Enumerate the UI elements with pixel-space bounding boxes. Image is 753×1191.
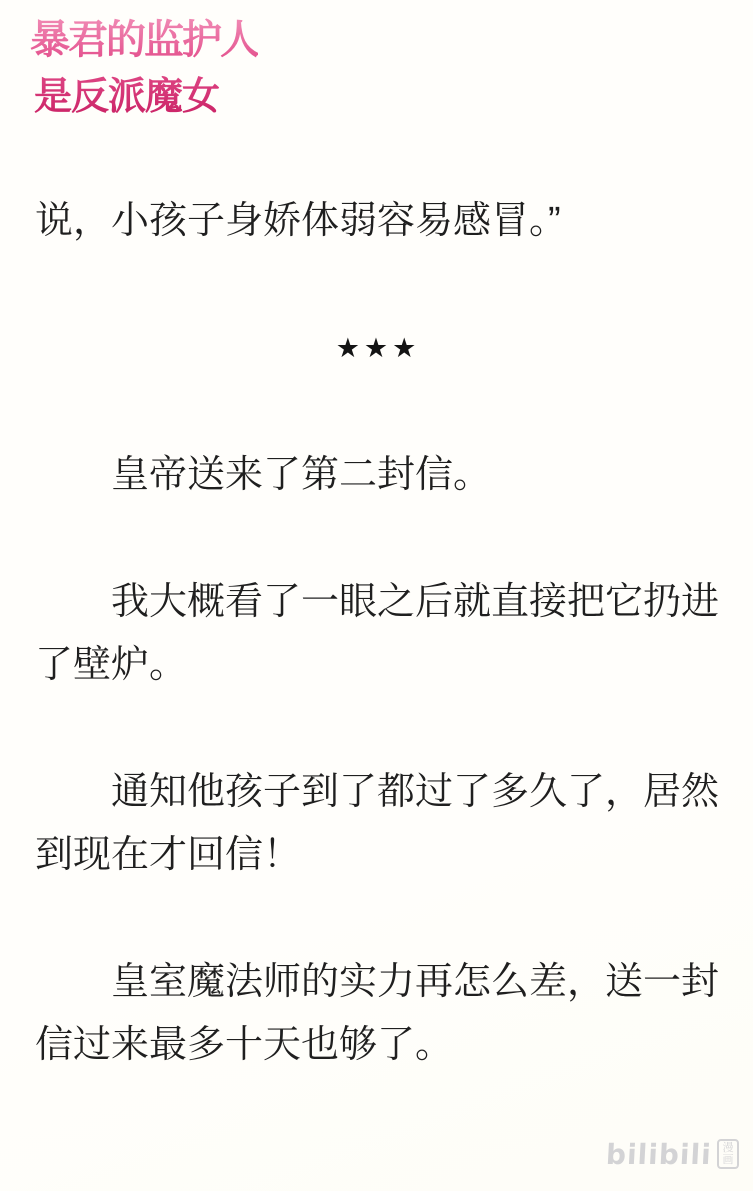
section-separator-stars: ★★★: [35, 317, 721, 380]
series-title-line1: 暴君的监护人: [30, 12, 258, 69]
story-paragraph: 我大概看了一眼之后就直接把它扔进了壁炉。: [35, 571, 721, 697]
story-paragraph-continuation: 说，小孩子身娇体弱容易感冒。”: [35, 190, 721, 253]
bilibili-logo-text: bilibili: [606, 1141, 713, 1169]
manga-badge-label: 漫画: [722, 1142, 734, 1166]
story-text-block: 说，小孩子身娇体弱容易感冒。” ★★★ 皇帝送来了第二封信。 我大概看了一眼之后…: [35, 190, 721, 1141]
story-paragraph: 皇帝送来了第二封信。: [35, 444, 721, 507]
series-title-line2: 是反派魔女: [30, 69, 258, 123]
series-logo: 暴君的监护人 是反派魔女: [30, 12, 258, 123]
story-paragraph: 通知他孩子到了都过了多久了，居然到现在才回信！: [35, 761, 721, 887]
bilibili-watermark: bilibili 漫画: [606, 1139, 739, 1169]
story-paragraph: 皇室魔法师的实力再怎么差，送一封信过来最多十天也够了。: [35, 951, 721, 1077]
manga-badge-icon: 漫画: [717, 1139, 739, 1169]
manga-reader-page[interactable]: 暴君的监护人 是反派魔女 说，小孩子身娇体弱容易感冒。” ★★★ 皇帝送来了第二…: [0, 0, 753, 1191]
